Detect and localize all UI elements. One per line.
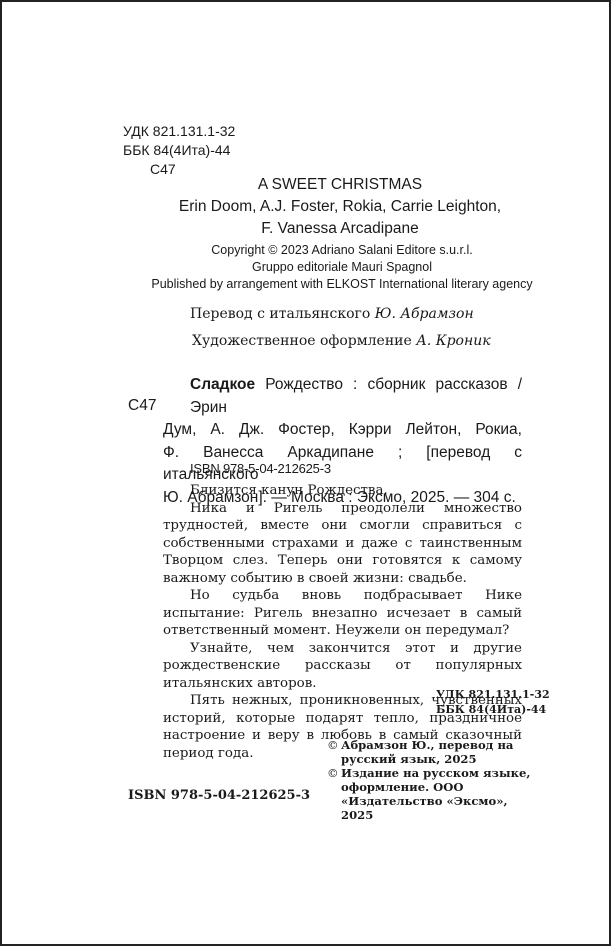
biblio-isbn: ISBN 978-5-04-212625-3 xyxy=(190,461,331,476)
design-label: Художественное оформление xyxy=(192,333,416,349)
rights-item-edition: © Издание на русском языке, оформление. … xyxy=(327,766,537,822)
footer-isbn: ISBN 978-5-04-212625-3 xyxy=(128,788,310,803)
designer-name: А. Кроник xyxy=(416,333,490,349)
copyright-block: Copyright © 2023 Adriano Salani Editore … xyxy=(132,242,552,293)
copyright-line-1: Copyright © 2023 Adriano Salani Editore … xyxy=(132,242,552,259)
bbk-code: ББК 84(4Ита)-44 xyxy=(123,141,235,160)
copyright-line-2: Gruppo editoriale Mauri Spagnol xyxy=(132,259,552,276)
imprint-page: УДК 821.131.1-32 ББК 84(4Ита)-44 С47 A S… xyxy=(2,2,609,944)
copyright-symbol-icon: © xyxy=(327,738,341,766)
rights-item-text: Абрамзон Ю., перевод на русский язык, 20… xyxy=(341,738,537,766)
design-credit: Художественное оформление А. Кроник xyxy=(192,332,491,350)
classification-codes-right: УДК 821.131.1-32 ББК 84(4Ита)-44 xyxy=(436,688,550,717)
copyright-symbol-icon: © xyxy=(327,766,341,822)
biblio-line-1: Сладкое Рождество : сборник рассказов / … xyxy=(163,374,522,419)
annotation: Близится канун Рождества. Ника и Ригель … xyxy=(163,482,522,762)
original-title: A SWEET CHRISTMAS xyxy=(160,174,520,196)
original-authors-line-1: Erin Doom, A.J. Foster, Rokia, Carrie Le… xyxy=(160,196,520,218)
annotation-paragraph: Близится канун Рождества. xyxy=(163,482,522,500)
biblio-author-sign: С47 xyxy=(128,397,156,415)
translation-label: Перевод с итальянского xyxy=(190,306,375,322)
udk-code-right: УДК 821.131.1-32 xyxy=(436,688,550,703)
rights-item-translation: © Абрамзон Ю., перевод на русский язык, … xyxy=(327,738,537,766)
copyright-line-3: Published by arrangement with ELKOST Int… xyxy=(132,276,552,293)
biblio-line-2: Дум, А. Дж. Фостер, Кэрри Лейтон, Рокиа, xyxy=(163,419,522,442)
original-authors-line-2: F. Vanessa Arcadipane xyxy=(160,218,520,240)
translation-credit: Перевод с итальянского Ю. Абрамзон xyxy=(190,305,474,323)
annotation-paragraph: Узнайте, чем закончится этот и другие ро… xyxy=(163,640,522,693)
original-title-block: A SWEET CHRISTMAS Erin Doom, A.J. Foster… xyxy=(160,174,520,240)
rights-block: © Абрамзон Ю., перевод на русский язык, … xyxy=(327,738,537,822)
udk-code: УДК 821.131.1-32 xyxy=(123,122,235,141)
annotation-paragraph: Ника и Ригель преодолели множество трудн… xyxy=(163,500,522,588)
bbk-code-right: ББК 84(4Ита)-44 xyxy=(436,703,550,718)
biblio-lead-bold: Сладкое xyxy=(190,376,255,393)
classification-codes: УДК 821.131.1-32 ББК 84(4Ита)-44 С47 xyxy=(123,122,235,179)
rights-item-text: Издание на русском языке, оформление. ОО… xyxy=(341,766,537,822)
translator-name: Ю. Абрамзон xyxy=(375,306,474,322)
annotation-paragraph: Но судьба вновь подбрасывает Нике испыта… xyxy=(163,587,522,640)
